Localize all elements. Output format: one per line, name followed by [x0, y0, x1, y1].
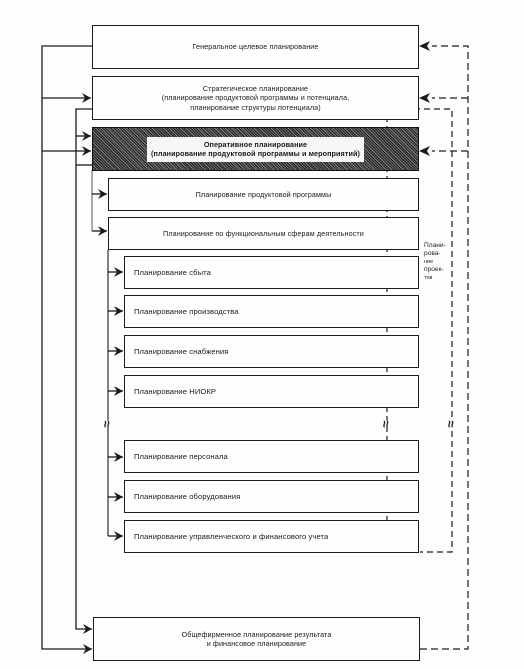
accounting-planning-label: Планирование управленческого и финансово…: [134, 532, 328, 542]
summary-planning-line2: и финансовое планирование: [207, 639, 307, 649]
product-program-label: Планирование продуктовой программы: [196, 190, 332, 200]
rnd-planning-box: Планирование НИОКР: [124, 375, 419, 408]
break-symbol-right: ≈: [446, 420, 456, 427]
summary-planning-line1: Общефирменное планирование результата: [182, 630, 332, 640]
strategic-planning-box: Стратегическое планирование (планировани…: [92, 76, 419, 120]
rnd-planning-label: Планирование НИОКР: [134, 387, 216, 397]
break-symbol-left: ≈: [102, 420, 112, 427]
strategic-planning-title: Стратегическое планирование: [203, 84, 308, 94]
sales-planning-label: Планирование сбыта: [134, 268, 211, 278]
procurement-planning-label: Планирование снабжения: [134, 347, 228, 357]
production-planning-box: Планирование производства: [124, 295, 419, 328]
equipment-planning-box: Планирование оборудования: [124, 480, 419, 513]
operational-planning-subtitle: (планирование продуктовой программы и ме…: [151, 149, 360, 159]
general-planning-label: Генеральное целевое планирование: [193, 42, 319, 52]
equipment-planning-label: Планирование оборудования: [134, 492, 240, 502]
functional-areas-box: Планирование по функциональным сферам де…: [108, 217, 419, 250]
summary-planning-box: Общефирменное планирование результата и …: [93, 617, 420, 661]
operational-planning-title: Оперативное планирование: [151, 140, 360, 150]
production-planning-label: Планирование производства: [134, 307, 239, 317]
sales-planning-box: Планирование сбыта: [124, 256, 419, 289]
operational-planning-text: Оперативное планирование (планирование п…: [147, 137, 364, 162]
project-planning-label: Плани- рова- ние проек- тов: [424, 242, 446, 282]
operational-planning-box: Оперативное планирование (планирование п…: [92, 127, 419, 171]
functional-areas-label: Планирование по функциональным сферам де…: [163, 229, 364, 239]
product-program-box: Планирование продуктовой программы: [108, 178, 419, 211]
accounting-planning-box: Планирование управленческого и финансово…: [124, 520, 419, 553]
general-planning-box: Генеральное целевое планирование: [92, 25, 419, 69]
procurement-planning-box: Планирование снабжения: [124, 335, 419, 368]
break-symbol-middle: ≈: [381, 420, 391, 427]
strategic-planning-line2: (планирование продуктовой программы и по…: [162, 93, 350, 103]
personnel-planning-label: Планирование персонала: [134, 452, 228, 462]
strategic-planning-line3: планирование структуры потенциала): [190, 103, 320, 113]
personnel-planning-box: Планирование персонала: [124, 440, 419, 473]
